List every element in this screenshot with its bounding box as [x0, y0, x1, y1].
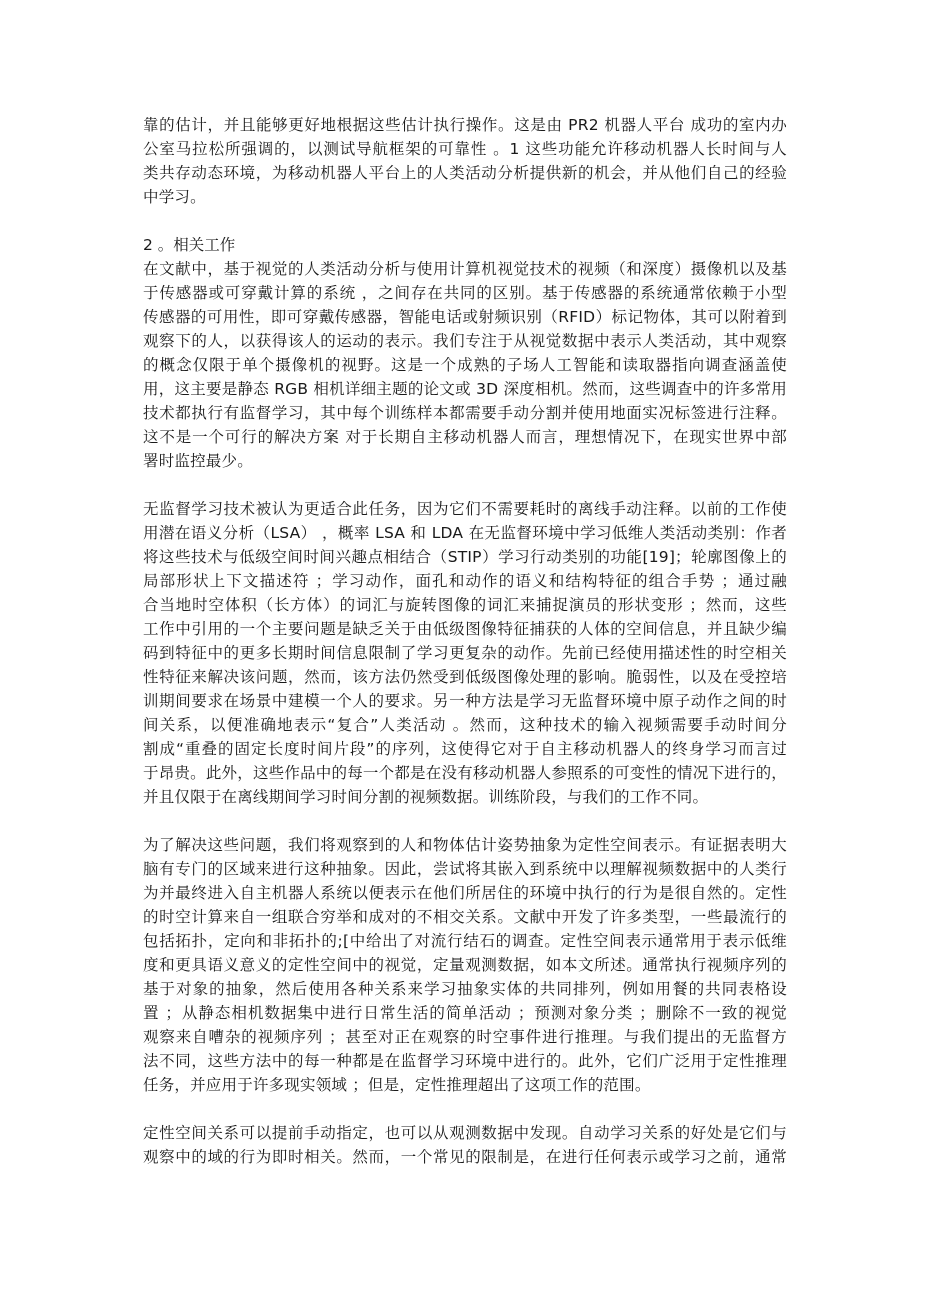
text-line: 无监督学习技术被认为更适合此任务，因为它们不需要耗时的离线手动注释。以前的工作使	[143, 497, 787, 521]
text-line: 传感器的可用性，即可穿戴传感器，智能电话或射频识别（RFID）标记物体，其可以附…	[143, 305, 787, 329]
text-line: 靠的估计，并且能够更好地根据这些估计执行操作。这是由 PR2 机器人平台 成功的…	[143, 113, 787, 137]
text-line: 用，这主要是静态 RGB 相机详细主题的论文或 3D 深度相机。然而，这些调查中…	[143, 377, 787, 401]
text-line: 并且仅限于在离线期间学习时间分割的视频数据。训练阶段，与我们的工作不同。	[143, 785, 787, 809]
text-line: 局部形状上下文描述符 ；学习动作，面孔和动作的语义和结构特征的组合手势 ；通过融	[143, 569, 787, 593]
text-line: 度和更具语义意义的定性空间中的视觉，定量观测数据，如本文所述。通常执行视频序列的	[143, 953, 787, 977]
text-line: 于昂贵。此外，这些作品中的每一个都是在没有移动机器人参照系的可变性的情况下进行的…	[143, 761, 787, 785]
text-line: 中学习。	[143, 185, 787, 209]
text-line: 观察下的人，以获得该人的运动的表示。我们专注于从视觉数据中表示人类活动，其中观察	[143, 329, 787, 353]
text-line: 观察中的域的行为即时相关。然而，一个常见的限制是，在进行任何表示或学习之前，通常	[143, 1145, 787, 1169]
text-line: 技术都执行有监督学习，其中每个训练样本都需要手动分割并使用地面实况标签进行注释。	[143, 401, 787, 425]
text-line: 性特征来解决该问题，然而，该方法仍然受到低级图像处理的影响。脆弱性，以及在受控培	[143, 665, 787, 689]
text-line: 包括拓扑，定向和非拓扑的;[中给出了对流行结石的调查。定性空间表示通常用于表示低…	[143, 929, 787, 953]
text-line: 脑有专门的区域来进行这种抽象。因此，尝试将其嵌入到系统中以理解视频数据中的人类行	[143, 857, 787, 881]
text-line: 定性空间关系可以提前手动指定，也可以从观测数据中发现。自动学习关系的好处是它们与	[143, 1121, 787, 1145]
text-line: 于传感器或可穿戴计算的系统 ，之间存在共同的区别。基于传感器的系统通常依赖于小型	[143, 281, 787, 305]
text-line: 为并最终进入自主机器人系统以便表示在他们所居住的环境中执行的行为是很自然的。定性	[143, 881, 787, 905]
text-line: 工作中引用的一个主要问题是缺乏关于由低级图像特征捕获的人体的空间信息，并且缺少编	[143, 617, 787, 641]
text-line: 署时监控最少。	[143, 449, 787, 473]
text-line: 公室马拉松所强调的，以测试导航框架的可靠性 。1 这些功能允许移动机器人长时间与…	[143, 137, 787, 161]
paragraph-qualitative-spatial: 为了解决这些问题，我们将观察到的人和物体估计姿势抽象为定性空间表示。有证据表明大…	[143, 833, 787, 1097]
text-line: 割成“重叠的固定长度时间片段”的序列，这使得它对于自主移动机器人的终身学习而言过	[143, 737, 787, 761]
text-line: 为了解决这些问题，我们将观察到的人和物体估计姿势抽象为定性空间表示。有证据表明大	[143, 833, 787, 857]
text-line: 码到特征中的更多长期时间信息限制了学习更复杂的动作。先前已经使用描述性的时空相关	[143, 641, 787, 665]
text-line: 观察来自嘈杂的视频序列 ；甚至对正在观察的时空事件进行推理。与我们提出的无监督方	[143, 1025, 787, 1049]
text-line: 间关系，以便准确地表示“复合”人类活动 。然而，这种技术的输入视频需要手动时间分	[143, 713, 787, 737]
text-line: 将这些技术与低级空间时间兴趣点相结合（STIP）学习行动类别的功能[19]；轮廓…	[143, 545, 787, 569]
text-line: 这不是一个可行的解决方案 对于长期自主移动机器人而言，理想情况下，在现实世界中部	[143, 425, 787, 449]
paragraph-related-work: 2 。相关工作 在文献中，基于视觉的人类活动分析与使用计算机视觉技术的视频（和深…	[143, 233, 787, 473]
text-line: 在文献中，基于视觉的人类活动分析与使用计算机视觉技术的视频（和深度）摄像机以及基	[143, 257, 787, 281]
paragraph-intro-continued: 靠的估计，并且能够更好地根据这些估计执行操作。这是由 PR2 机器人平台 成功的…	[143, 113, 787, 209]
text-line: 任务，并应用于许多现实领域 ；但是，定性推理超出了这项工作的范围。	[143, 1073, 787, 1097]
section-heading: 2 。相关工作	[143, 233, 787, 257]
text-line: 用潜在语义分析（LSA） ，概率 LSA 和 LDA 在无监督环境中学习低维人类…	[143, 521, 787, 545]
document-page: 靠的估计，并且能够更好地根据这些估计执行操作。这是由 PR2 机器人平台 成功的…	[143, 113, 787, 1193]
paragraph-unsupervised: 无监督学习技术被认为更适合此任务，因为它们不需要耗时的离线手动注释。以前的工作使…	[143, 497, 787, 809]
text-line: 法不同，这些方法中的每一种都是在监督学习环境中进行的。此外，它们广泛用于定性推理	[143, 1049, 787, 1073]
text-line: 的概念仅限于单个摄像机的视野。这是一个成熟的子场人工智能和读取器指向调查涵盖使	[143, 353, 787, 377]
paragraph-relations-learning: 定性空间关系可以提前手动指定，也可以从观测数据中发现。自动学习关系的好处是它们与…	[143, 1121, 787, 1169]
text-line: 的时空计算来自一组联合穷举和成对的不相交关系。文献中开发了许多类型，一些最流行的	[143, 905, 787, 929]
text-line: 基于对象的抽象，然后使用各种关系来学习抽象实体的共同排列，例如用餐的共同表格设	[143, 977, 787, 1001]
text-line: 训期间要求在场景中建模一个人的要求。另一种方法是学习无监督环境中原子动作之间的时	[143, 689, 787, 713]
text-line: 置 ；从静态相机数据集中进行日常生活的简单活动 ；预测对象分类 ；删除不一致的视…	[143, 1001, 787, 1025]
text-line: 类共存动态环境，为移动机器人平台上的人类活动分析提供新的机会，并从他们自己的经验	[143, 161, 787, 185]
text-line: 合当地时空体积（长方体）的词汇与旋转图像的词汇来捕捉演员的形状变形 ；然而，这些	[143, 593, 787, 617]
